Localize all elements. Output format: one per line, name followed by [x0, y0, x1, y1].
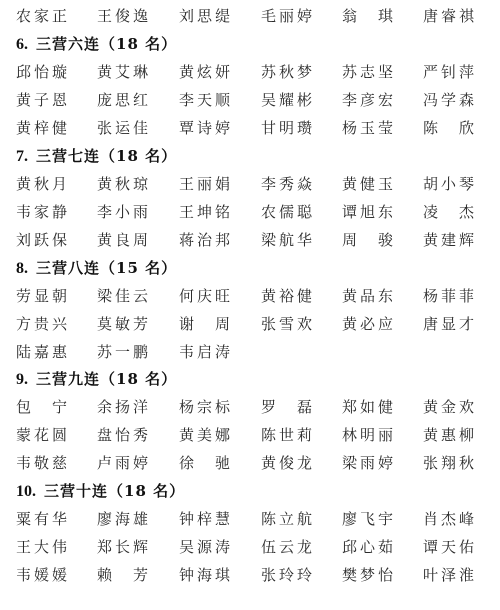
name-row: 劳显朝 梁佳云 何庆旺 黄裕健 黄品东 杨菲菲	[0, 284, 500, 308]
person-name: 吴耀彬	[261, 88, 315, 112]
person-name: 李秀焱	[261, 172, 315, 196]
name-row: 刘跃保 黄良周 蒋治邦 梁航华 周 骏 黄建辉	[0, 228, 500, 252]
person-name: 严钊萍	[423, 60, 477, 84]
person-name: 郑长辉	[97, 535, 151, 559]
person-name: 廖海雄	[97, 507, 151, 531]
person-name: 卢雨婷	[97, 451, 151, 475]
person-name: 黄健玉	[342, 172, 396, 196]
person-name: 粟有华	[16, 507, 70, 531]
person-name: 邱心茹	[342, 535, 396, 559]
name-row: 王大伟 郑长辉 吴源涛 伍云龙 邱心茹 谭天佑	[0, 535, 500, 559]
section-title: 三营九连（18 名）	[36, 370, 177, 388]
person-name: 钟梓慧	[179, 507, 233, 531]
person-name: 谢 周	[179, 312, 233, 336]
person-name: 黄惠柳	[423, 423, 477, 447]
person-name: 毛丽婷	[261, 4, 315, 28]
person-name: 胡小琴	[423, 172, 477, 196]
person-name: 农家正	[16, 4, 70, 28]
person-name: 韦家静	[16, 200, 70, 224]
person-name: 蒙花圆	[16, 423, 70, 447]
person-name: 王丽娟	[179, 172, 233, 196]
person-name: 庞思红	[97, 88, 151, 112]
person-name: 杨宗标	[179, 395, 233, 419]
name-row: 韦家静 李小雨 王坤铭 农儒聪 谭旭东 凌 杰	[0, 200, 500, 224]
person-name: 苏秋梦	[261, 60, 315, 84]
section-title: 三营七连（18 名）	[36, 147, 177, 165]
person-name: 韦媛媛	[16, 563, 70, 587]
person-name: 邱怡璇	[16, 60, 70, 84]
section-number: 7.	[16, 148, 28, 165]
person-name: 王坤铭	[179, 200, 233, 224]
person-name: 张玲玲	[261, 563, 315, 587]
person-name: 梁雨婷	[342, 451, 396, 475]
name-row: 蒙花圆 盘怡秀 黄美娜 陈世莉 林明丽 黄惠柳	[0, 423, 500, 447]
section-number: 6.	[16, 36, 28, 53]
person-name: 陈 欣	[423, 116, 477, 140]
person-name: 黄艾琳	[97, 60, 151, 84]
section-heading: 7.三营七连（18 名）	[16, 144, 177, 169]
person-name: 陆嘉惠	[16, 340, 70, 364]
person-name: 徐 驰	[179, 451, 233, 475]
person-name: 叶泽淮	[423, 563, 477, 587]
name-row: 邱怡璇 黄艾琳 黄炫妍 苏秋梦 苏志坚 严钊萍	[0, 60, 500, 84]
person-name: 莫敏芳	[97, 312, 151, 336]
name-row: 韦敬慈 卢雨婷 徐 驰 黄俊龙 梁雨婷 张翔秋	[0, 451, 500, 475]
section-number: 9.	[16, 371, 28, 388]
name-row: 韦媛媛 赖 芳 钟海琪 张玲玲 樊梦怡 叶泽淮	[0, 563, 500, 587]
person-name: 覃诗婷	[179, 116, 233, 140]
section-heading: 6.三营六连（18 名）	[16, 32, 177, 57]
person-name: 周 骏	[342, 228, 396, 252]
person-name: 刘思缇	[179, 4, 233, 28]
person-name: 农儒聪	[261, 200, 315, 224]
person-name: 余扬洋	[97, 395, 151, 419]
person-name: 盘怡秀	[97, 423, 151, 447]
person-name: 黄秋月	[16, 172, 70, 196]
section-number: 8.	[16, 260, 28, 277]
section-heading: 8.三营八连（15 名）	[16, 256, 177, 281]
person-name: 刘跃保	[16, 228, 70, 252]
person-name: 黄美娜	[179, 423, 233, 447]
person-name: 廖飞宇	[342, 507, 396, 531]
section-heading: 10.三营十连（18 名）	[16, 479, 185, 504]
person-name: 黄必应	[342, 312, 396, 336]
person-name: 苏志坚	[342, 60, 396, 84]
person-name: 罗 磊	[261, 395, 315, 419]
person-name: 李小雨	[97, 200, 151, 224]
section-title: 三营六连（18 名）	[36, 35, 177, 53]
person-name: 陈世莉	[261, 423, 315, 447]
person-name: 翁 琪	[342, 4, 396, 28]
person-name: 包 宁	[16, 395, 70, 419]
person-name: 何庆旺	[179, 284, 233, 308]
name-list-document: 农家正 王俊逸 刘思缇 毛丽婷 翁 琪 唐睿祺 6.三营六连（18 名） 邱怡璇…	[0, 0, 500, 610]
name-row: 陆嘉惠 苏一鹏 韦启涛	[0, 340, 500, 364]
section-title: 三营八连（15 名）	[36, 259, 177, 277]
section-heading: 9.三营九连（18 名）	[16, 367, 177, 392]
person-name: 王大伟	[16, 535, 70, 559]
section-number: 10.	[16, 483, 36, 500]
person-name: 张雪欢	[261, 312, 315, 336]
name-row: 方贵兴 莫敏芳 谢 周 张雪欢 黄必应 唐显才	[0, 312, 500, 336]
person-name: 李天顺	[179, 88, 233, 112]
person-name: 蒋治邦	[179, 228, 233, 252]
person-name: 谭旭东	[342, 200, 396, 224]
person-name: 陈立航	[261, 507, 315, 531]
person-name: 黄子恩	[16, 88, 70, 112]
person-name: 黄建辉	[423, 228, 477, 252]
person-name: 梁佳云	[97, 284, 151, 308]
person-name: 樊梦怡	[342, 563, 396, 587]
section-title: 三营十连（18 名）	[44, 482, 185, 500]
name-row: 农家正 王俊逸 刘思缇 毛丽婷 翁 琪 唐睿祺	[0, 4, 500, 28]
person-name: 杨菲菲	[423, 284, 477, 308]
person-name: 杨玉莹	[342, 116, 396, 140]
person-name: 王俊逸	[97, 4, 151, 28]
person-name: 钟海琪	[179, 563, 233, 587]
person-name: 梁航华	[261, 228, 315, 252]
person-name: 冯学森	[423, 88, 477, 112]
person-name: 赖 芳	[97, 563, 151, 587]
person-name: 肖杰峰	[423, 507, 477, 531]
person-name: 黄良周	[97, 228, 151, 252]
person-name: 张运佳	[97, 116, 151, 140]
person-name: 苏一鹏	[97, 340, 151, 364]
person-name: 方贵兴	[16, 312, 70, 336]
person-name: 吴源涛	[179, 535, 233, 559]
name-row: 包 宁 余扬洋 杨宗标 罗 磊 郑如健 黄金欢	[0, 395, 500, 419]
person-name: 韦敬慈	[16, 451, 70, 475]
person-name: 伍云龙	[261, 535, 315, 559]
name-row: 粟有华 廖海雄 钟梓慧 陈立航 廖飞宇 肖杰峰	[0, 507, 500, 531]
person-name: 林明丽	[342, 423, 396, 447]
person-name: 唐显才	[423, 312, 477, 336]
person-name: 李彦宏	[342, 88, 396, 112]
person-name: 黄梓健	[16, 116, 70, 140]
person-name: 黄秋琼	[97, 172, 151, 196]
person-name: 张翔秋	[423, 451, 477, 475]
person-name: 黄俊龙	[261, 451, 315, 475]
person-name: 黄炫妍	[179, 60, 233, 84]
person-name: 黄品东	[342, 284, 396, 308]
person-name: 甘明瓒	[261, 116, 315, 140]
name-row: 黄梓健 张运佳 覃诗婷 甘明瓒 杨玉莹 陈 欣	[0, 116, 500, 140]
person-name: 韦启涛	[179, 340, 233, 364]
person-name: 凌 杰	[423, 200, 477, 224]
person-name: 唐睿祺	[423, 4, 477, 28]
name-row: 黄秋月 黄秋琼 王丽娟 李秀焱 黄健玉 胡小琴	[0, 172, 500, 196]
person-name: 郑如健	[342, 395, 396, 419]
person-name: 黄裕健	[261, 284, 315, 308]
name-row: 黄子恩 庞思红 李天顺 吴耀彬 李彦宏 冯学森	[0, 88, 500, 112]
person-name: 劳显朝	[16, 284, 70, 308]
person-name: 黄金欢	[423, 395, 477, 419]
person-name: 谭天佑	[423, 535, 477, 559]
